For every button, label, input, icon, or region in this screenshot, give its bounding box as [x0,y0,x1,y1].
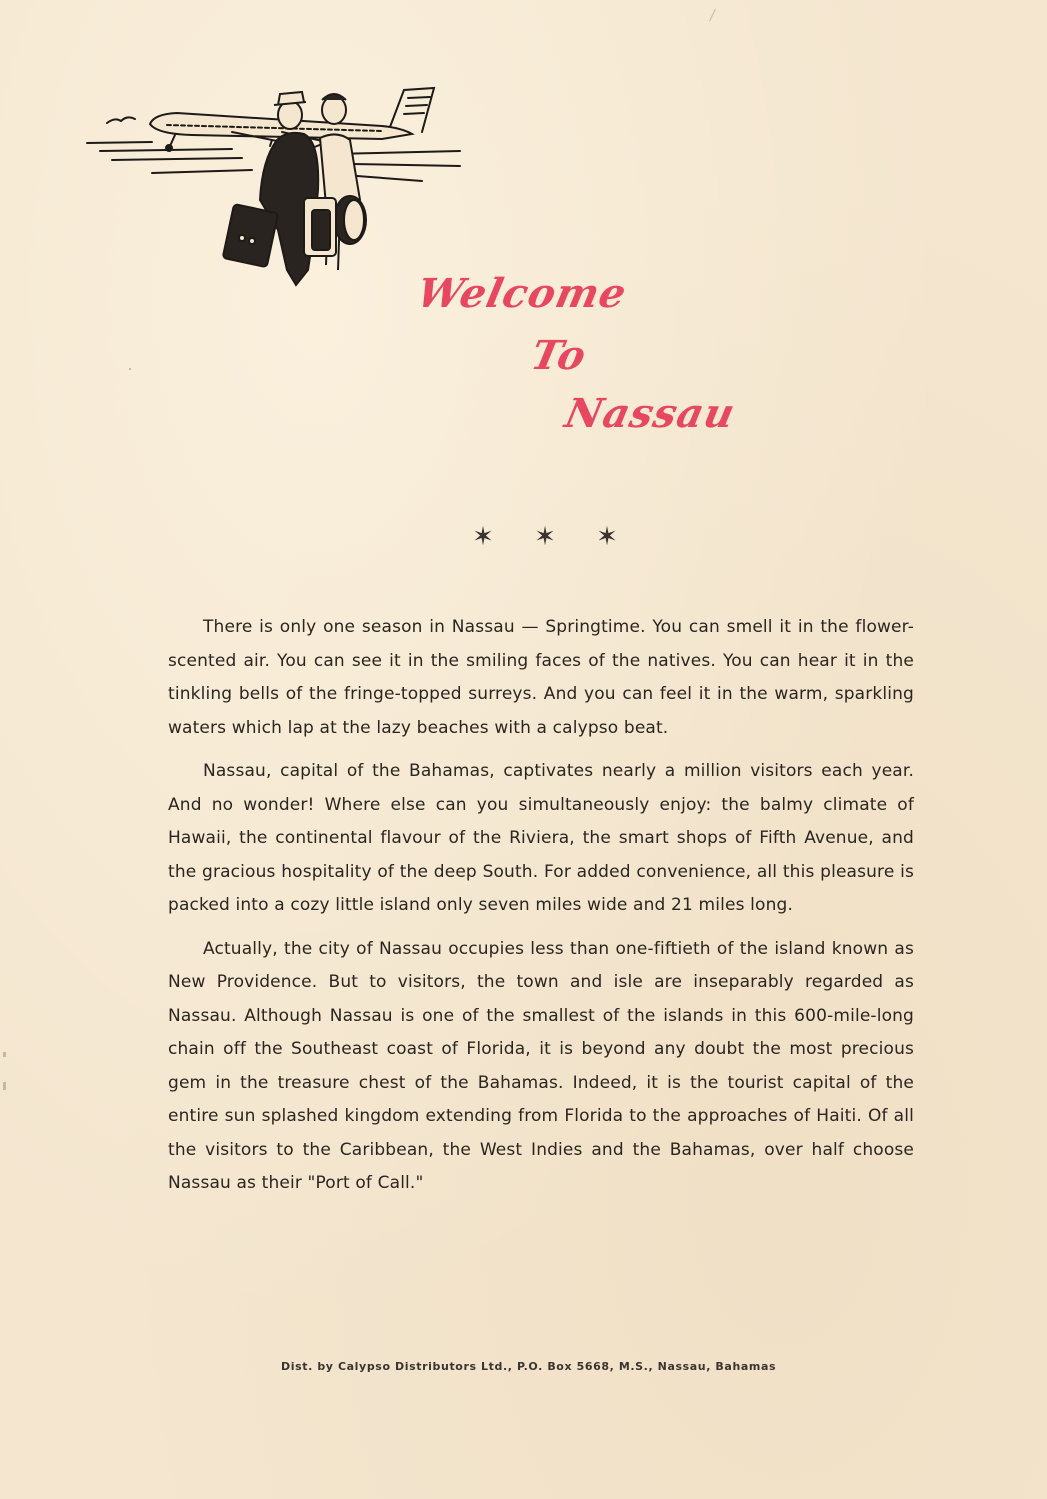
title-to: To [527,332,591,379]
paragraph-springtime: There is only one season in Nassau — Spr… [168,611,914,745]
paper-speck [129,368,131,370]
star-icon: ✶ [532,522,558,552]
title-welcome: Welcome [413,270,631,317]
paper-speck [709,8,716,21]
star-divider: ✶ ✶ ✶ [470,522,620,552]
paper-speck [3,1082,6,1090]
paragraph-capital: Nassau, capital of the Bahamas, captivat… [168,755,914,923]
distributor-footer: Dist. by Calypso Distributors Ltd., P.O.… [281,1360,776,1373]
title-nassau: Nassau [561,390,740,437]
paragraph-new-providence: Actually, the city of Nassau occupies le… [168,933,914,1201]
star-icon: ✶ [594,522,620,552]
travel-couple-airplane-illustration [82,80,462,295]
paper-speck [3,1052,6,1057]
brochure-page: Welcome To Nassau ✶ ✶ ✶ There is only on… [0,0,1047,1499]
star-icon: ✶ [470,522,496,552]
body-text: There is only one season in Nassau — Spr… [168,611,914,1201]
